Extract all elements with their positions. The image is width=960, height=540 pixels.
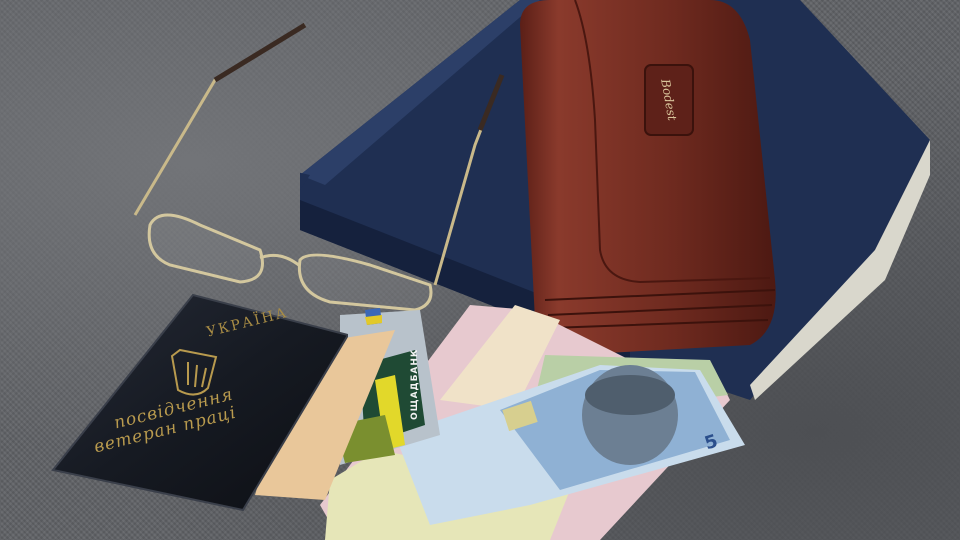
bank-card-label: ОЩАДБАНК (410, 349, 420, 420)
reading-glasses (130, 20, 520, 320)
